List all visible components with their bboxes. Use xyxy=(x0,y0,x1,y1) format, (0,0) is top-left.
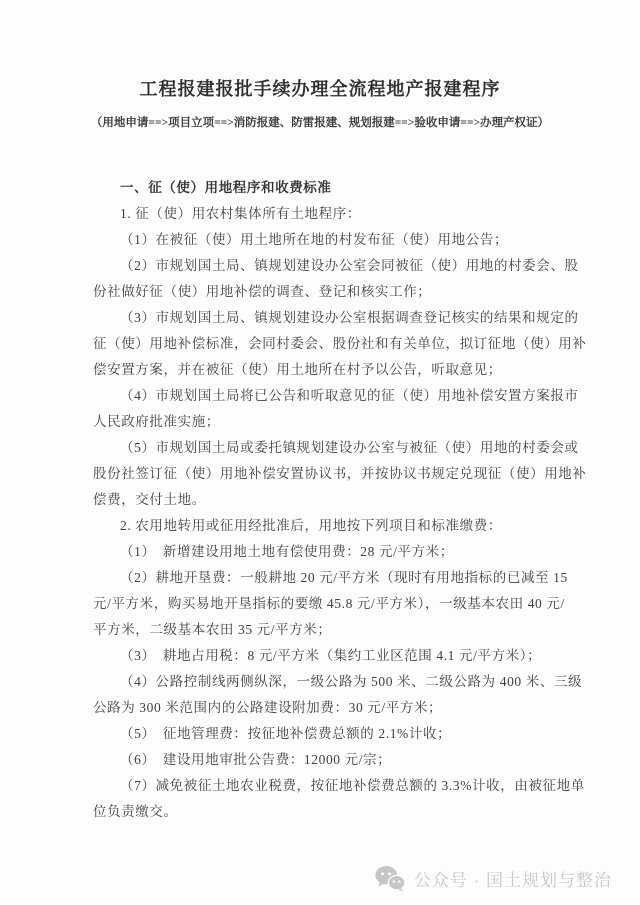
text-line: 位负责缴交。 xyxy=(93,799,554,825)
text-line: （5）市规划国土局或委托镇规划建设办公室与被征（使）用地的村委会或 xyxy=(93,435,554,461)
text-line: （3） 耕地占用税：8 元/平方米（集约工业区范围 4.1 元/平方米）； xyxy=(93,643,554,669)
text-line: 偿费，交付土地。 xyxy=(93,487,554,513)
text-line: 平方米，二级基本农田 35 元/平方米； xyxy=(93,617,554,643)
text-line: 份社做好征（使）用地补偿的调查、登记和核实工作； xyxy=(93,279,554,305)
text-line: （4）市规划国土局将已公告和听取意见的征（使）用地补偿安置方案报市 xyxy=(93,383,554,409)
wechat-icon xyxy=(375,865,405,892)
text-line: 2. 农用地转用或征用经批准后，用地按下列项目和标准缴费： xyxy=(93,513,554,539)
text-line: （1）在被征（使）用土地所在地的村发布征（使）用地公告； xyxy=(93,227,554,253)
document-subtitle: （用地申请==>项目立项==>消防报建、防雷报建、规划报建==>验收申请==>办… xyxy=(0,115,640,131)
text-line: 偿安置方案，并在被征（使）用土地所在村予以公告，听取意见； xyxy=(93,357,554,383)
text-line: （1） 新增建设用地土地有偿使用费：28 元/平方米； xyxy=(93,539,554,565)
text-line: 元/平方米，购买易地开垦指标的要缴 45.8 元/平方米），一级基本农田 40 … xyxy=(93,591,554,617)
text-line: 1. 征（使）用农村集体所有土地程序： xyxy=(93,201,554,227)
text-line: （6） 建设用地审批公告费：12000 元/宗； xyxy=(93,747,554,773)
wechat-watermark: 公众号 · 国土规划与整治 xyxy=(375,865,612,892)
text-line: （3）市规划国土局、镇规划建设办公室根据调查登记核实的结果和规定的 xyxy=(93,305,554,331)
document-body: 一、征（使）用地程序和收费标准 1. 征（使）用农村集体所有土地程序：（1）在被… xyxy=(93,175,554,825)
text-line: 征（使）用地补偿标准，会同村委会、股份社和有关单位，拟订征地（使）用补 xyxy=(93,331,554,357)
section-heading: 一、征（使）用地程序和收费标准 xyxy=(93,175,554,201)
document-title: 工程报建报批手续办理全流程地产报建程序 xyxy=(0,0,640,101)
text-line: （7）减免被征土地农业税费，按征地补偿费总额的 3.3%计收，由被征地单 xyxy=(93,773,554,799)
text-lines-container: 1. 征（使）用农村集体所有土地程序：（1）在被征（使）用土地所在地的村发布征（… xyxy=(93,201,554,825)
text-line: （2）耕地开垦费：一般耕地 20 元/平方米（现时有用地指标的已减至 15 xyxy=(93,565,554,591)
text-line: 公路为 300 米范围内的公路建设附加费：30 元/平方米； xyxy=(93,695,554,721)
text-line: 股份社签订征（使）用地补偿安置协议书，并按协议书规定兑现征（使）用地补 xyxy=(93,461,554,487)
text-line: （2）市规划国土局、镇规划建设办公室会同被征（使）用地的村委会、股 xyxy=(93,253,554,279)
text-line: （5） 征地管理费：按征地补偿费总额的 2.1%计收； xyxy=(93,721,554,747)
text-line: （4）公路控制线两侧纵深，一级公路为 500 米、二级公路为 400 米、三级 xyxy=(93,669,554,695)
text-line: 人民政府批准实施； xyxy=(93,409,554,435)
document-page: 工程报建报批手续办理全流程地产报建程序 （用地申请==>项目立项==>消防报建、… xyxy=(0,0,640,905)
wechat-watermark-label: 公众号 · 国土规划与整治 xyxy=(414,866,612,891)
